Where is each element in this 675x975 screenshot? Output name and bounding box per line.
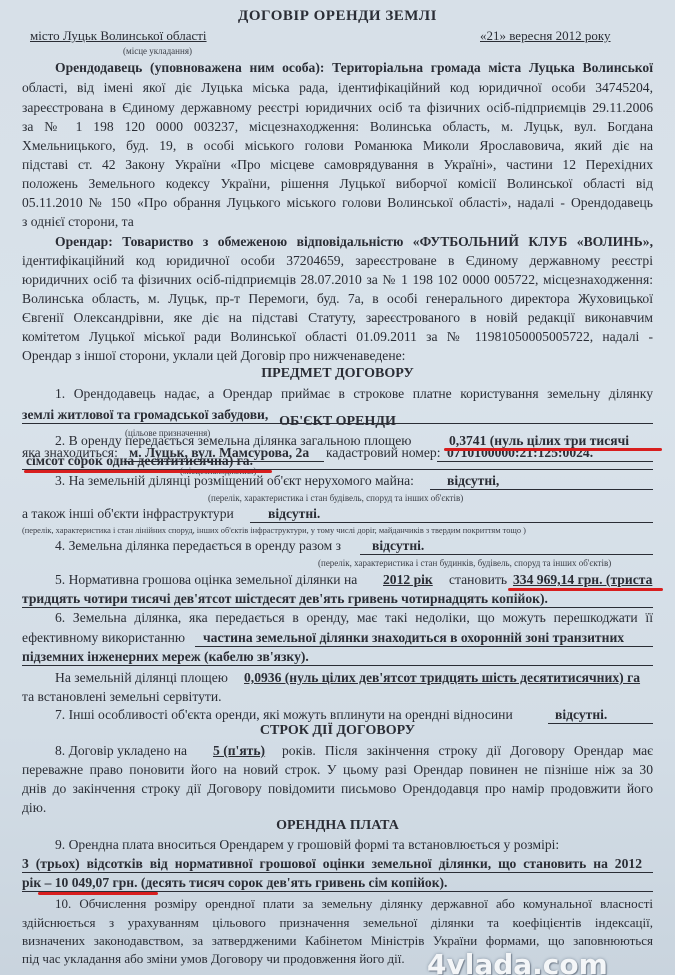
clause-9-value-cont: рік – 10 049,07 грн. (десять тисяч сорок… [22,875,447,891]
lessor-line: положень Земельного кодексу України, ріш… [22,176,653,192]
document-title: ДОГОВІР ОРЕНДИ ЗЕМЛІ [0,8,675,25]
lessor-line: 05.11.2010 № 150 «Про обрання Луцького м… [22,195,653,211]
clause-4-caption: (перелік, характеристика і стан будинків… [318,558,611,568]
clause-8-line: днів до закінчення строку дії Договору п… [22,781,653,797]
section-subject-heading: ПРЕДМЕТ ДОГОВОРУ [0,366,675,382]
lessor-line: підставі ст. 42 Закону України «Про місц… [22,157,653,173]
clause-7-text: 7. Інші особливості об'єкта оренди, які … [55,707,513,723]
lessee-line: юридичних осіб та фізичних осіб-підприєм… [22,272,653,288]
contract-place: місто Луцьк Волинської області [30,28,207,44]
clause-8-line: дію. [22,800,46,816]
clause-6-text: 6. Земельна ділянка, яка передається в о… [55,610,653,626]
fill-line [437,461,653,462]
lessor-line: Хмельницького, буд. 19, в особі міського… [22,138,653,154]
clause-10-line: визначених законодавством, за затверджен… [22,933,653,949]
section-rent-heading: ОРЕНДНА ПЛАТА [0,818,675,834]
lessee-line: Орендар з іншої сторони, уклали цей Дого… [22,348,405,364]
lessee-line: комітетом Луцької міської ради Волинсько… [22,329,653,345]
clause-6b-value: 0,0936 (нуль цілих дев'ятсот тридцять ші… [244,670,640,686]
lessee-line: Орендар: Товариство з обмеженою відповід… [55,234,653,250]
clause-4-text: 4. Земельна ділянка передається в оренду… [55,538,341,554]
contract-date: «21» вересня 2012 року [480,28,611,44]
lessee-line: Євгенії Олександрівни, яке діє на підста… [22,310,653,326]
clause-9-text: 9. Орендна плата вноситься Орендарем у г… [55,837,559,853]
clause-3b-caption: (перелік, характеристика і стан лінійних… [22,526,526,535]
section-term-heading: СТРОК ДІЇ ДОГОВОРУ [0,723,675,739]
fill-line [250,522,653,523]
clause-1-text: 1. Орендодавець надає, а Орендар приймає… [55,386,653,402]
lessor-line: зареєстрована в Єдиному державному реєст… [22,100,653,116]
clause-10-line: під час укладання або зміни умов Договор… [22,951,405,967]
contract-page: ДОГОВІР ОРЕНДИ ЗЕМЛІ місто Луцьк Волинсь… [0,0,675,975]
clause-9-value: 3 (трьох) відсотків від нормативної грош… [22,856,642,872]
lessee-line: ідентифікаційний код юридичної особи 372… [22,253,653,269]
fill-line [22,665,653,666]
clause-10-line: здійснюється з урахуванням цільового при… [22,915,653,931]
lessor-line: з однієї сторони, та [22,214,134,230]
clause-5-text: 5. Нормативна грошова оцінка земельної д… [55,572,357,588]
clause-3b-text: а також інші об'єкти інфраструктури [22,506,234,522]
fill-line [430,489,653,490]
clause-8-suffix: років. Після закінчення строку дії Догов… [282,743,653,759]
clause-5-mid: становить [449,572,507,588]
clause-5-amount: 334 969,14 грн. (триста [513,572,652,588]
clause-6-prefix: ефективному використанню [22,630,185,646]
clause-6b-text: На земельній ділянці площею [55,670,228,686]
clause-5-year: 2012 рік [383,572,433,588]
clause-8-value: 5 (п'ять) [213,743,265,759]
fill-line [22,872,653,873]
clause-3b-value: відсутні. [268,506,320,522]
clause-10-line: 10. Обчислення розміру орендної плати за… [55,896,653,912]
fill-line [360,554,653,555]
red-highlight-underline [444,448,662,451]
clause-8-line: переважне право поновити його на новий с… [22,762,653,778]
clause-3-caption: (перелік, характеристика і стан будівель… [208,493,463,503]
clause-8-text: 8. Договір укладено на [55,743,187,759]
red-highlight-underline [38,892,158,895]
lessor-line: Орендодавець (уповноважена ним особа): Т… [55,60,653,76]
clause-3-text: 3. На земельній ділянці розміщений об'єк… [55,473,414,489]
clause-2-area-cont: сімсот сорок одна десятитисячна) га. [26,453,253,469]
clause-5-amount-words: тридцять чотири тисячі дев'ятсот шістдес… [22,591,548,607]
lessee-line: Волинська область, м. Луцьк, пр-т Перемо… [22,291,653,307]
clause-2-text: 2. В оренду передається земельна ділянка… [55,433,411,449]
fill-line [22,607,653,608]
place-caption: (місце укладання) [123,46,192,56]
lessor-line: за № 1 198 120 0000 003237, місцезнаходж… [22,119,653,135]
fill-line [195,646,653,647]
section-object-heading: ОБ'ЄКТ ОРЕНДИ [0,414,675,430]
clause-2-area: 0,3741 (нуль цілих три тисячі [449,433,629,449]
clause-7-value: відсутні. [555,707,607,723]
clause-6-value-cont: підземних інженерних мереж (кабелю зв'яз… [22,649,309,665]
clause-6-value: частина земельної ділянки знаходиться в … [203,630,624,646]
clause-6b-line2: та встановлені земельні сервітути. [22,689,222,705]
clause-4-value: відсутні. [372,538,424,554]
lessor-line: області, від імені якої діє Луцька міськ… [22,80,653,96]
clause-3-value: відсутні, [447,473,499,489]
watermark-logo: 4vlada.com [427,948,608,975]
